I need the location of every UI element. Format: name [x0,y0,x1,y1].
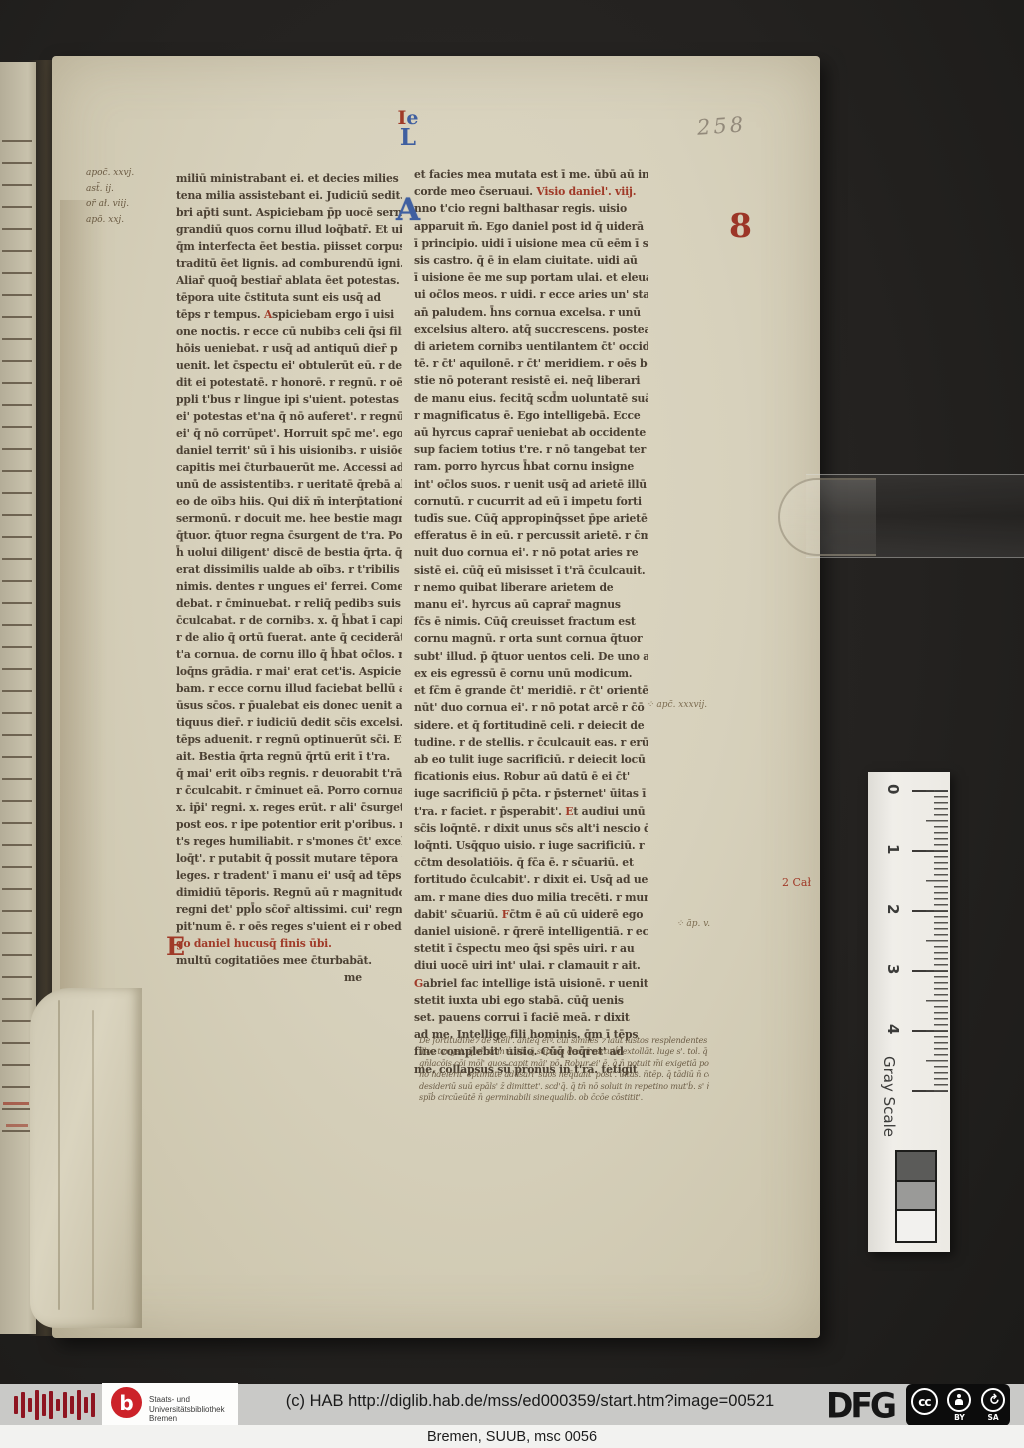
margin-ref: or̄ ał. viij. [86,197,134,213]
running-title-monogram: Ie L [384,108,432,148]
facing-page-rubric-fragment [6,1124,28,1127]
ruler-label: Gray Scale [880,1056,898,1137]
swatch-mid-gray [897,1182,935,1211]
shelfmark-strip: Bremen, SUUB, msc 0056 [0,1425,1024,1448]
margin-ref: ast̄. ij. [86,182,134,198]
ruler-ticks [912,790,948,1092]
library-name: Staats- undUniversitätsbibliothekBremen [149,1395,225,1424]
cc-icon: cc [911,1388,938,1415]
dfg-logo: DFG [826,1385,894,1426]
library-name-line: Bremen [149,1414,225,1424]
bremen-library-logo [4,1389,104,1421]
gloss-line: illos tanget. q̄ ul' dōm ē. tn̄. q̄ sapī… [419,1046,709,1057]
bremen-b-icon: b [111,1387,142,1418]
cc-circle: cc [911,1388,938,1415]
person-glyph [955,1394,963,1406]
cc-license-badge: cc BY ↻ SA [906,1384,1010,1426]
margin-note-red: 2 Cał [782,876,811,889]
page-edge-seam [92,1010,94,1310]
text-column-right: et facies mea mutata est ī me. ūbū aū in… [414,166,648,1078]
text-column-left: miliū ministrabant ei. et decies milies … [176,170,402,986]
shelfmark: Bremen, SUUB, msc 0056 [427,1429,597,1445]
margin-ref: apoc̄. xxvj. [86,166,134,182]
margin-ref: apō. xxj. [86,213,134,229]
gloss-line: nō n̄delerit' optimate adūsari' suos neq… [419,1069,709,1080]
arrow-cycle-glyph: ↻ [984,1391,1002,1409]
cc-sa-circle: ↻ [981,1388,1005,1412]
margin-note-right: ⁘ āp. v. [676,919,710,929]
ruler-number: 3 [882,964,902,984]
pencil-foliation: 258 [696,112,747,139]
page-edge-seam [58,1000,60,1310]
margin-cross-references: apoc̄. xxvj.ast̄. ij.or̄ ał. viij.apō. x… [86,166,134,228]
gloss-line: desideriū suū epāls' z̄ dimittet'. scd'q… [419,1081,709,1092]
digitized-manuscript-photo: Ie L 258 8 apoc̄. xxvj.ast̄. ij.or̄ ał. … [0,0,1024,1448]
cc-by-icon: BY [947,1388,971,1422]
red-initial-E: E [166,932,185,961]
blue-initial-A: A [396,192,420,228]
library-name-line: Staats- und [149,1395,225,1405]
page-edges-stack [30,988,142,1328]
cc-sa-icon: ↻ SA [981,1388,1005,1422]
red-quire-number: 8 [729,206,752,245]
ruler-number: 0 [882,784,902,804]
grayscale-ruler: Gray Scale 01234 [868,772,950,1252]
library-name-line: Universitätsbibliothek [149,1405,225,1415]
swatch-white [897,1211,935,1241]
gloss-line: gn̄lacōis cōi mōl' quos capit māi' pō. R… [419,1058,709,1069]
facing-page-rubric-fragment [3,1102,29,1105]
cc-by-circle [947,1388,971,1412]
margin-note-right: ⁘ apc̄. xxxvij. [646,700,707,710]
copyright-url: (c) HAB http://diglib.hab.de/mss/ed00035… [240,1392,820,1411]
ruler-number: 4 [882,1024,902,1044]
gloss-line: De fortitudine⁊ de stell'. anteq̄ eiꝰ. c… [419,1035,709,1046]
cc-by-label: BY [954,1413,965,1422]
marginal-gloss: De fortitudine⁊ de stell'. anteq̄ eiꝰ. c… [419,1035,709,1103]
ruler-number: 2 [882,904,902,924]
gloss-line: spīḃ circūeūtē n̄ germinabili sinequaliḃ… [419,1092,709,1103]
ruler-number: 1 [882,844,902,864]
grayscale-swatches [895,1150,937,1243]
cc-sa-label: SA [988,1413,999,1422]
running-title-second-line: L [384,127,432,148]
plexiglass-strip-tip [778,478,876,556]
gutter-stain [60,200,106,1100]
swatch-dark-gray [897,1152,935,1182]
